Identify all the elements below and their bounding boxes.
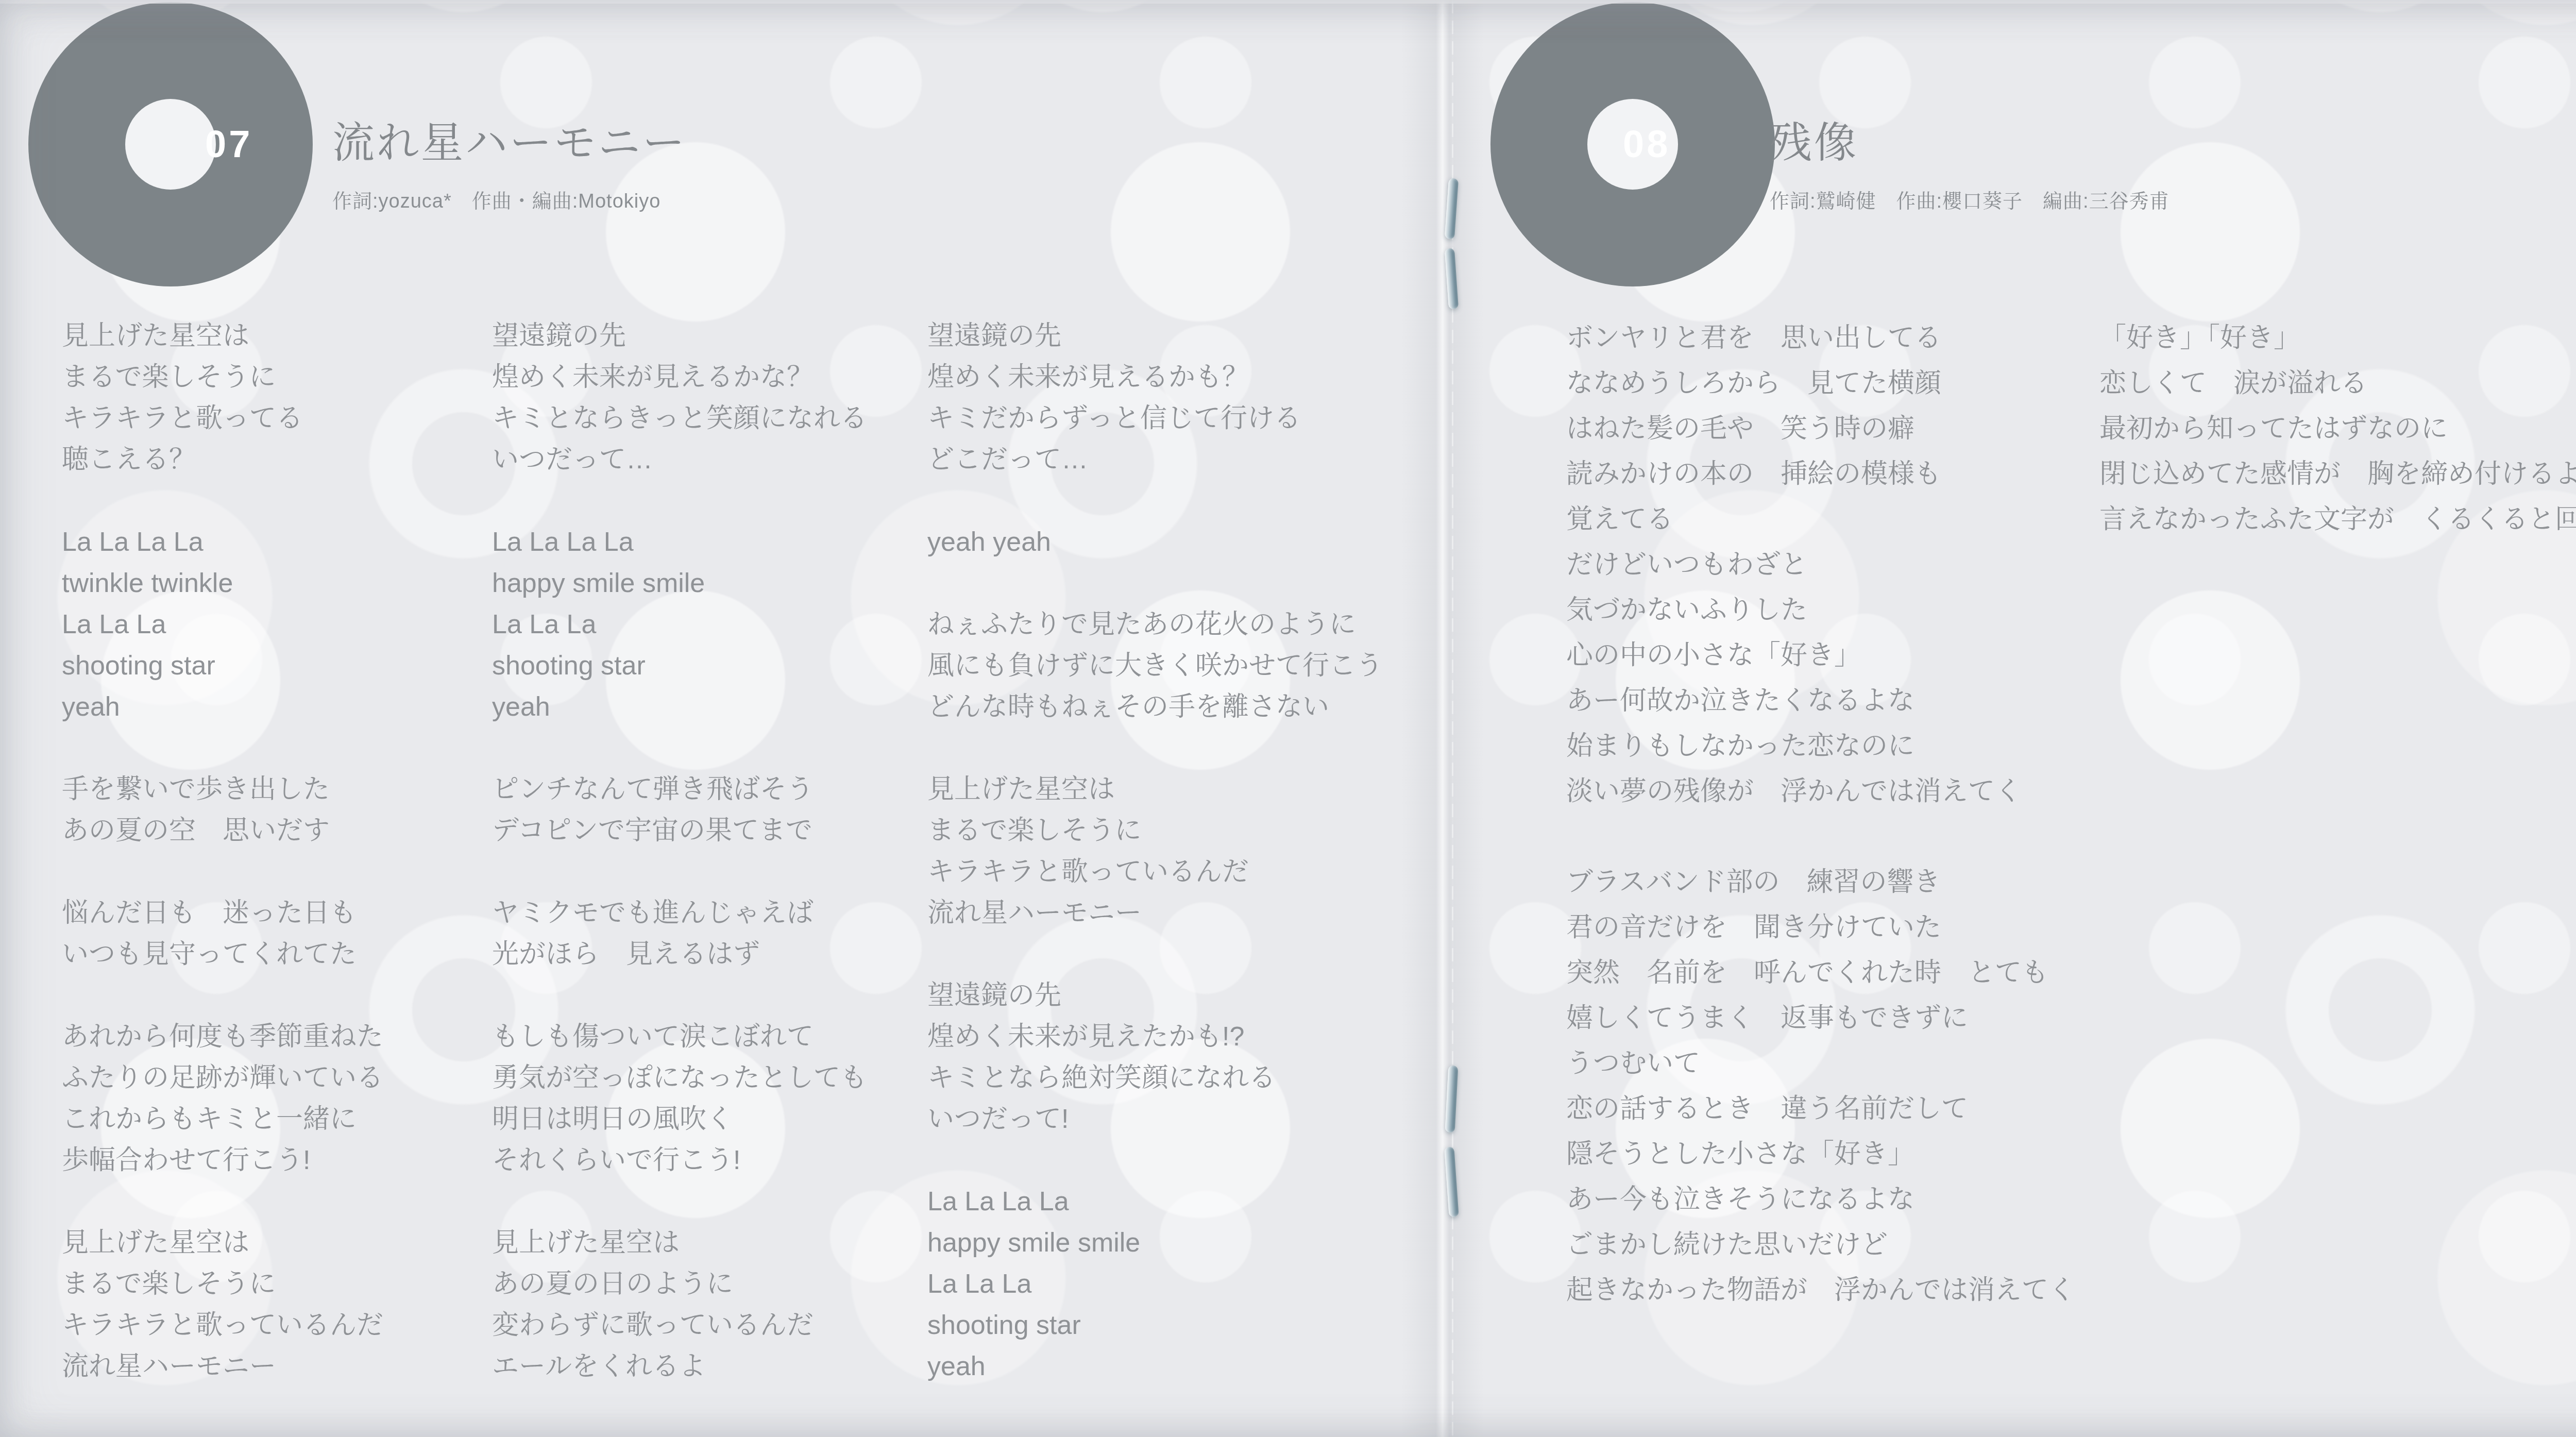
lyric-line: 流れ星ハーモニー [927, 892, 1383, 934]
lyric-line: 最初から知ってたはずなのに [2099, 406, 2576, 451]
stanza: ねぇふたりで見たあの花火のように風にも負けずに大きく咲かせて行こうどんな時もねぇ… [927, 604, 1383, 728]
lyric-line: これからもキミと一緒に [62, 1098, 383, 1140]
lyric-line: ブラスバンド部の 練習の響き [1566, 859, 2075, 905]
lyric-line: キラキラと歌っているんだ [62, 1305, 383, 1346]
stanza: 見上げた星空はまるで楽しそうにキラキラと歌ってる聴こえる？ [62, 315, 383, 480]
lyric-line: 見上げた星空は [492, 1222, 867, 1263]
lyric-line: yeah yeah [927, 521, 1383, 563]
stanza: 見上げた星空はあの夏の日のように変わらずに歌っているんだエールをくれるよ [492, 1222, 867, 1387]
lyric-line: キラキラと歌ってる [62, 398, 383, 439]
lyric-line: 気づかないふりした [1566, 587, 2075, 633]
stanza: ピンチなんて弾き飛ばそうデコピンで宇宙の果てまで [492, 769, 867, 851]
lyric-line: いつだって… [492, 439, 867, 480]
lyric-line: ピンチなんて弾き飛ばそう [492, 769, 867, 810]
page-right: 08 残像 作詞:鷲崎健 作曲:櫻口葵子 編曲:三谷秀甫 ボンヤリと君を 思い出… [1437, 0, 2576, 1437]
lyric-line: キミだからずっと信じて行ける [927, 398, 1383, 439]
lyric-line: La La La La [62, 521, 383, 563]
song-header: 残像 作詞:鷲崎健 作曲:櫻口葵子 編曲:三谷秀甫 [1770, 121, 2170, 213]
lyric-line: デコピンで宇宙の果てまで [492, 810, 867, 851]
disc-icon [28, 2, 313, 286]
lyric-line: あー今も泣きそうになるよな [1566, 1177, 2075, 1222]
lyric-line: yeah [927, 1346, 1383, 1387]
stanza: 望遠鏡の先煌めく未来が見えたかも!?キミとなら絶対笑顔になれるいつだって! [927, 975, 1383, 1140]
stanza: La La La Latwinkle twinkleLa La Lashooti… [62, 521, 383, 728]
lyric-line: 隠そうとした小さな「好き」 [1566, 1131, 2075, 1177]
lyric-line: 恋の話するとき 違う名前だして [1566, 1086, 2075, 1131]
lyric-line: キミとなら絶対笑顔になれる [927, 1057, 1383, 1098]
lyric-line: 覚えてる [1566, 497, 2075, 542]
lyric-line: ごまかし続けた思いだけど [1566, 1222, 2075, 1267]
lyric-line: 光がほら 見えるはず [492, 934, 867, 975]
lyric-line: 悩んだ日も 迷った日も [62, 892, 383, 934]
lyric-line: まるで楽しそうに [62, 357, 383, 398]
song-title: 流れ星ハーモニー [332, 121, 687, 166]
lyric-line: 君の音だけを 聞き分けていた [1566, 905, 2075, 950]
lyric-line: いつも見守ってくれてた [62, 934, 383, 975]
stanza: もしも傷ついて涙こぼれて勇気が空っぽになったとしても明日は明日の風吹くそれくらい… [492, 1016, 867, 1181]
lyric-line: どこだって… [927, 439, 1383, 480]
stanza: ヤミクモでも進んじゃえば光がほら 見えるはず [492, 892, 867, 975]
lyrics-column-1: 見上げた星空はまるで楽しそうにキラキラと歌ってる聴こえる？La La La La… [62, 315, 383, 1387]
stanza: 手を繋いで歩き出したあの夏の空 思いだす [62, 769, 383, 851]
lyric-line: yeah [62, 686, 383, 728]
lyric-line: 恋しくて 涙が溢れる [2099, 361, 2576, 406]
lyric-line: 心の中の小さな「好き」 [1566, 633, 2075, 678]
lyric-line: 望遠鏡の先 [492, 315, 867, 357]
lyric-line: あの夏の空 思いだす [62, 810, 383, 851]
lyric-line: La La La [492, 604, 867, 645]
lyrics-column-3: 望遠鏡の先煌めく未来が見えるかも？キミだからずっと信じて行けるどこだって…yea… [927, 315, 1383, 1387]
lyric-line: 言えなかったふた文字が くるくると回るよ [2099, 497, 2576, 542]
lyric-line: ふたりの足跡が輝いている [62, 1057, 383, 1098]
lyric-line: 手を繋いで歩き出した [62, 769, 383, 810]
lyric-line: 嬉しくてうまく 返事もできずに [1566, 995, 2075, 1041]
lyrics-column-1: ボンヤリと君を 思い出してるななめうしろから 見てた横顔はねた髪の毛や 笑う時の… [1566, 315, 2075, 1313]
lyric-line: 望遠鏡の先 [927, 315, 1383, 357]
stanza: あれから何度も季節重ねたふたりの足跡が輝いているこれからもキミと一緒に歩幅合わせ… [62, 1016, 383, 1181]
booklet-spread: 07 流れ星ハーモニー 作詞:yozuca* 作曲・編曲:Motokiyo 見上… [0, 0, 2576, 1437]
lyric-line: 見上げた星空は [62, 315, 383, 357]
lyric-line: だけどいつもわざと [1566, 542, 2075, 587]
song-credits: 作詞:yozuca* 作曲・編曲:Motokiyo [332, 185, 687, 213]
lyric-line: もしも傷ついて涙こぼれて [492, 1016, 867, 1057]
lyric-line: 煌めく未来が見えたかも!? [927, 1016, 1383, 1057]
lyric-line: La La La [62, 604, 383, 645]
stanza: La La La Lahappy smile smileLa La Lashoo… [492, 521, 867, 728]
track-number: 08 [1623, 125, 1670, 163]
stanza: La La La Lahappy smile smileLa La Lashoo… [927, 1181, 1383, 1387]
song-title: 残像 [1770, 121, 2170, 166]
stanza: 悩んだ日も 迷った日もいつも見守ってくれてた [62, 892, 383, 975]
lyric-line: 勇気が空っぽになったとしても [492, 1057, 867, 1098]
lyric-line: それくらいで行こう! [492, 1140, 867, 1181]
song-header: 流れ星ハーモニー 作詞:yozuca* 作曲・編曲:Motokiyo [332, 121, 687, 213]
lyric-line: yeah [492, 686, 867, 728]
lyric-line: 望遠鏡の先 [927, 975, 1383, 1016]
lyric-line: エールをくれるよ [492, 1346, 867, 1387]
lyric-line: ヤミクモでも進んじゃえば [492, 892, 867, 934]
lyric-line: あれから何度も季節重ねた [62, 1016, 383, 1057]
lyric-line: 淡い夢の残像が 浮かんでは消えてく [1566, 769, 2075, 814]
lyric-line: いつだって! [927, 1098, 1383, 1140]
lyric-line: あの夏の日のように [492, 1263, 867, 1305]
stanza: 望遠鏡の先煌めく未来が見えるかな？キミとならきっと笑顔になれるいつだって… [492, 315, 867, 480]
lyric-line: La La La La [927, 1181, 1383, 1222]
lyric-line: happy smile smile [492, 563, 867, 604]
lyric-line: 見上げた星空は [62, 1222, 383, 1263]
song-credits: 作詞:鷲崎健 作曲:櫻口葵子 編曲:三谷秀甫 [1770, 185, 2170, 213]
scan-edge [0, 0, 2576, 4]
lyric-line: ねぇふたりで見たあの花火のように [927, 604, 1383, 645]
lyric-line: ボンヤリと君を 思い出してる [1566, 315, 2075, 361]
lyric-line: 変わらずに歌っているんだ [492, 1305, 867, 1346]
stanza: 望遠鏡の先煌めく未来が見えるかも？キミだからずっと信じて行けるどこだって… [927, 315, 1383, 480]
lyric-line: 煌めく未来が見えるかも？ [927, 357, 1383, 398]
lyrics-column-2: 「好き」「好き」恋しくて 涙が溢れる最初から知ってたはずなのに閉じ込めてた感情が… [2099, 315, 2576, 542]
lyric-line: 「好き」「好き」 [2099, 315, 2576, 361]
lyric-line: どんな時もねぇその手を離さない [927, 686, 1383, 728]
track-number: 07 [205, 125, 252, 163]
lyric-line: 聴こえる？ [62, 439, 383, 480]
lyric-line: 閉じ込めてた感情が 胸を締め付けるよ [2099, 451, 2576, 497]
lyric-line: あー何故か泣きたくなるよな [1566, 678, 2075, 723]
lyric-line: 煌めく未来が見えるかな？ [492, 357, 867, 398]
stanza: yeah yeah [927, 521, 1383, 563]
lyric-line: shooting star [62, 645, 383, 686]
stanza: 「好き」「好き」恋しくて 涙が溢れる最初から知ってたはずなのに閉じ込めてた感情が… [2099, 315, 2576, 542]
lyric-line: La La La La [492, 521, 867, 563]
lyric-line: ななめうしろから 見てた横顔 [1566, 361, 2075, 406]
lyric-line: shooting star [927, 1305, 1383, 1346]
lyric-line: はねた髪の毛や 笑う時の癖 [1566, 406, 2075, 451]
lyric-line: 突然 名前を 呼んでくれた時 とても [1566, 950, 2075, 995]
lyric-line: まるで楽しそうに [927, 810, 1383, 851]
stanza: 見上げた星空はまるで楽しそうにキラキラと歌っているんだ流れ星ハーモニー [927, 769, 1383, 934]
lyric-line: キラキラと歌っているんだ [927, 851, 1383, 892]
lyric-line: happy smile smile [927, 1222, 1383, 1263]
lyric-line: twinkle twinkle [62, 563, 383, 604]
lyric-line: 見上げた星空は [927, 769, 1383, 810]
lyric-line: 起きなかった物語が 浮かんでは消えてく [1566, 1267, 2075, 1313]
page-left: 07 流れ星ハーモニー 作詞:yozuca* 作曲・編曲:Motokiyo 見上… [0, 0, 1437, 1437]
lyric-line: 始まりもしなかった恋なのに [1566, 723, 2075, 769]
lyric-line: まるで楽しそうに [62, 1263, 383, 1305]
lyric-line: 流れ星ハーモニー [62, 1346, 383, 1387]
stanza: ブラスバンド部の 練習の響き君の音だけを 聞き分けていた突然 名前を 呼んでくれ… [1566, 859, 2075, 1313]
lyric-line: 歩幅合わせて行こう! [62, 1140, 383, 1181]
lyrics-column-2: 望遠鏡の先煌めく未来が見えるかな？キミとならきっと笑顔になれるいつだって…La … [492, 315, 867, 1387]
stanza: ボンヤリと君を 思い出してるななめうしろから 見てた横顔はねた髪の毛や 笑う時の… [1566, 315, 2075, 814]
lyric-line: 明日は明日の風吹く [492, 1098, 867, 1140]
lyric-line: shooting star [492, 645, 867, 686]
lyric-line: La La La [927, 1263, 1383, 1305]
lyric-line: 風にも負けずに大きく咲かせて行こう [927, 645, 1383, 686]
stanza: 見上げた星空はまるで楽しそうにキラキラと歌っているんだ流れ星ハーモニー [62, 1222, 383, 1387]
lyric-line: キミとならきっと笑顔になれる [492, 398, 867, 439]
lyric-line: うつむいて [1566, 1041, 2075, 1086]
disc-hole [125, 99, 216, 190]
lyric-line: 読みかけの本の 挿絵の模様も [1566, 451, 2075, 497]
